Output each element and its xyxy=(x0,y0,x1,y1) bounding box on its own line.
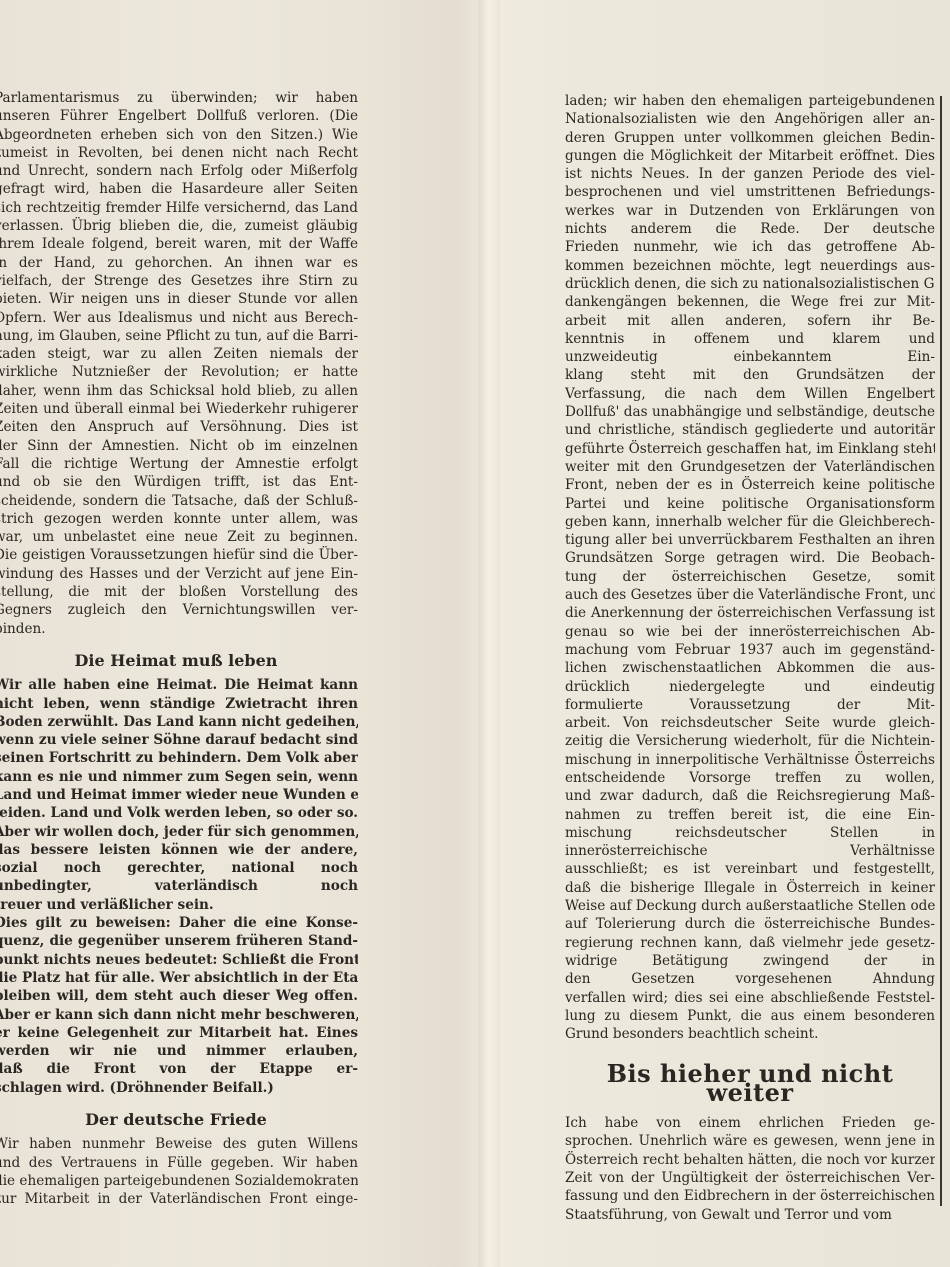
text-line: Wir alle haben eine Heimat. Die Heimat k… xyxy=(0,676,358,694)
text-line: Grundsätzen Sorge getragen wird. Die Beo… xyxy=(565,549,935,567)
text-line: Dies gilt zu beweisen: Daher die eine Ko… xyxy=(0,914,358,932)
text-line: Frieden nunmehr, wie ich das getroffene … xyxy=(565,238,935,256)
text-line: formulierte Voraussetzung der Mit- xyxy=(565,696,935,714)
text-line: Partei und keine politische Organisation… xyxy=(565,495,935,513)
text-line: leiden. Land und Volk werden leben, so o… xyxy=(0,804,358,822)
text-line: und christliche, ständisch gegliederte u… xyxy=(565,421,935,439)
text-line: laden; wir haben den ehemaligen parteige… xyxy=(565,92,935,110)
text-line: Österreich recht behalten hätten, die no… xyxy=(565,1151,935,1169)
text-line: kaden steigt, war zu allen Zeiten niemal… xyxy=(0,345,358,363)
text-line: Parlamentarismus zu überwinden; wir habe… xyxy=(0,89,358,107)
text-line: stellung, die mit der bloßen Vorstellung… xyxy=(0,583,358,601)
text-line: geben kann, innerhalb welcher für die Gl… xyxy=(565,513,935,531)
text-line: gefragt wird, haben die Hasardeure aller… xyxy=(0,180,358,198)
text-line: Zeiten den Anspruch auf Versöhnung. Dies… xyxy=(0,418,358,436)
text-line: und zwar dadurch, daß die Reichsregierun… xyxy=(565,787,935,805)
text-line: nung, im Glauben, seine Pflicht zu tun, … xyxy=(0,327,358,345)
text-line: strich gezogen werden konnte unter allem… xyxy=(0,510,358,528)
text-line: sprochen. Unehrlich wäre es gewesen, wen… xyxy=(565,1132,935,1150)
paragraph: Wir haben nunmehr Beweise des guten Will… xyxy=(0,1135,358,1208)
text-line: unseren Führer Engelbert Dollfuß verlore… xyxy=(0,107,358,125)
text-line: zumeist in Revolten, bei denen nicht nac… xyxy=(0,144,358,162)
text-line: die Anerkennung der österreichischen Ver… xyxy=(565,604,935,622)
text-line: lichen zwischenstaatlichen Abkommen die … xyxy=(565,659,935,677)
text-line: nicht leben, wenn ständige Zwietracht ih… xyxy=(0,695,358,713)
text-line: Ich habe von einem ehrlichen Frieden ge- xyxy=(565,1114,935,1132)
text-line: treuer und verläßlicher sein. xyxy=(0,896,358,914)
paragraph: Parlamentarismus zu überwinden; wir habe… xyxy=(0,89,358,638)
text-line: Zeit von der Ungültigkeit der österreich… xyxy=(565,1169,935,1187)
text-line: gungen die Möglichkeit der Mitarbeit erö… xyxy=(565,147,935,165)
text-line: auch des Gesetzes über die Vaterländisch… xyxy=(565,586,935,604)
text-line: Land und Heimat immer wieder neue Wunden… xyxy=(0,786,358,804)
text-line: lung zu diesem Punkt, die aus einem beso… xyxy=(565,1007,935,1025)
text-line: besprochenen und viel umstrittenen Befri… xyxy=(565,183,935,201)
text-line: auf Tolerierung durch die österreichisch… xyxy=(565,915,935,933)
text-line: kann es nie und nimmer zum Segen sein, w… xyxy=(0,768,358,786)
text-line: bieten. Wir neigen uns in dieser Stunde … xyxy=(0,290,358,308)
text-line: mischung in innerpolitische Verhältnisse… xyxy=(565,751,935,769)
text-line: Nationalsozialisten wie den Angehörigen … xyxy=(565,110,935,128)
text-line: weiter mit den Grundgesetzen der Vaterlä… xyxy=(565,458,935,476)
text-line: schlagen wird. (Dröhnender Beifall.) xyxy=(0,1079,358,1097)
section-heading: Bis hieher und nicht weiter xyxy=(565,1065,935,1102)
text-line: Zeiten und überall einmal bei Wiederkehr… xyxy=(0,400,358,418)
text-line: binden. xyxy=(0,620,358,638)
text-line: die Platz hat für alle. Wer absichtlich … xyxy=(0,969,358,987)
text-line: windung des Hasses und der Verzicht auf … xyxy=(0,565,358,583)
text-line: kenntnis in offenem und klarem und xyxy=(565,330,935,348)
text-line: tigung aller bei unverrückbarem Festhalt… xyxy=(565,531,935,549)
text-line: unzweideutig einbekanntem Ein- xyxy=(565,348,935,366)
text-line: in der Hand, zu gehorchen. An ihnen war … xyxy=(0,254,358,272)
text-line: zeitig die Versicherung wiederholt, für … xyxy=(565,732,935,750)
left-column: Parlamentarismus zu überwinden; wir habe… xyxy=(0,89,358,1209)
text-line: unbedingter, vaterländisch noch xyxy=(0,877,358,895)
text-line: drücklich niedergelegte und eindeutig xyxy=(565,678,935,696)
text-line: dankengängen bekennen, die Wege frei zur… xyxy=(565,293,935,311)
text-line: war, um unbelastet eine neue Zeit zu beg… xyxy=(0,528,358,546)
text-line: ausschließt; es ist vereinbart und festg… xyxy=(565,860,935,878)
text-line: fassung und den Eidbrechern in der öster… xyxy=(565,1187,935,1205)
text-line: nahmen zu treffen bereit ist, die eine E… xyxy=(565,806,935,824)
text-line: Dollfuß' das unabhängige und selbständig… xyxy=(565,403,935,421)
page-fold xyxy=(478,0,500,1267)
text-line: und des Vertrauens in Fülle gegeben. Wir… xyxy=(0,1154,358,1172)
paragraph: laden; wir haben den ehemaligen parteige… xyxy=(565,92,935,1043)
text-line: den Gesetzen vorgesehenen Ahndung xyxy=(565,970,935,988)
text-line: daß die bisherige Illegale in Österreich… xyxy=(565,879,935,897)
text-line: und Unrecht, sondern nach Erfolg oder Mi… xyxy=(0,162,358,180)
text-line: er keine Gelegenheit zur Mitarbeit hat. … xyxy=(0,1024,358,1042)
text-line: kommen bezeichnen möchte, legt neuerding… xyxy=(565,257,935,275)
text-line: wenn zu viele seiner Söhne darauf bedach… xyxy=(0,731,358,749)
paragraph: Wir alle haben eine Heimat. Die Heimat k… xyxy=(0,676,358,914)
text-line: wirkliche Nutznießer der Revolution; er … xyxy=(0,363,358,381)
text-line: zur Mitarbeit in der Vaterländischen Fro… xyxy=(0,1190,358,1208)
text-line: werkes war in Dutzenden von Erklärungen … xyxy=(565,202,935,220)
text-line: Staatsführung, von Gewalt und Terror und… xyxy=(565,1206,935,1224)
text-line: daher, wenn ihm das Schicksal hold blieb… xyxy=(0,382,358,400)
text-line: Gegners zugleich den Vernichtungswillen … xyxy=(0,601,358,619)
text-line: Aber wir wollen doch, jeder für sich gen… xyxy=(0,823,358,841)
text-line: tung der österreichischen Gesetze, somit xyxy=(565,568,935,586)
text-line: arbeit. Von reichsdeutscher Seite wurde … xyxy=(565,714,935,732)
text-line: sozial noch gerechter, national noch xyxy=(0,859,358,877)
text-line: werden wir nie und nimmer erlauben, xyxy=(0,1042,358,1060)
column-rule xyxy=(940,96,942,1206)
text-line: Wir haben nunmehr Beweise des guten Will… xyxy=(0,1135,358,1153)
text-line: Front, neben der es in Österreich keine … xyxy=(565,476,935,494)
text-line: Aber er kann sich dann nicht mehr beschw… xyxy=(0,1006,358,1024)
text-line: ihrem Ideale folgend, bereit waren, mit … xyxy=(0,235,358,253)
text-line: Grund besonders beachtlich scheint. xyxy=(565,1025,935,1043)
text-line: mischung reichsdeutscher Stellen in xyxy=(565,824,935,842)
paragraph: Ich habe von einem ehrlichen Frieden ge-… xyxy=(565,1114,935,1224)
text-line: ist nichts Neues. In der ganzen Periode … xyxy=(565,165,935,183)
text-line: Weise auf Deckung durch außerstaatliche … xyxy=(565,897,935,915)
text-line: der Sinn der Amnestien. Nicht ob im einz… xyxy=(0,437,358,455)
text-line: nichts anderem die Rede. Der deutsche xyxy=(565,220,935,238)
text-line: Verfassung, die nach dem Willen Engelber… xyxy=(565,385,935,403)
text-line: seinen Fortschritt zu behindern. Dem Vol… xyxy=(0,749,358,767)
section-heading: Der deutsche Friede xyxy=(0,1111,358,1129)
text-line: regierung rechnen kann, daß vielmehr jed… xyxy=(565,934,935,952)
text-line: Opfern. Wer aus Idealismus und nicht aus… xyxy=(0,309,358,327)
text-line: klang steht mit den Grundsätzen der xyxy=(565,366,935,384)
text-line: quenz, die gegenüber unserem früheren St… xyxy=(0,932,358,950)
text-line: innerösterreichische Verhältnisse xyxy=(565,842,935,860)
text-line: die ehemaligen parteigebundenen Sozialde… xyxy=(0,1172,358,1190)
text-line: bleiben will, dem steht auch dieser Weg … xyxy=(0,987,358,1005)
text-line: geführte Österreich geschaffen hat, im E… xyxy=(565,440,935,458)
text-line: und ob sie den Würdigen trifft, ist das … xyxy=(0,473,358,491)
text-line: Fall die richtige Wertung der Amnestie e… xyxy=(0,455,358,473)
text-line: genau so wie bei der innerösterreichisch… xyxy=(565,623,935,641)
text-line: deren Gruppen unter vollkommen gleichen … xyxy=(565,129,935,147)
text-line: verlassen. Übrig blieben die, die, zumei… xyxy=(0,217,358,235)
section-heading: Die Heimat muß leben xyxy=(0,652,358,670)
text-line: Die geistigen Voraussetzungen hiefür sin… xyxy=(0,546,358,564)
text-line: widrige Betätigung zwingend der in xyxy=(565,952,935,970)
text-line: machung vom Februar 1937 auch im gegenst… xyxy=(565,641,935,659)
text-line: punkt nichts neues bedeutet: Schließt di… xyxy=(0,951,358,969)
text-line: arbeit mit allen anderen, sofern ihr Be- xyxy=(565,312,935,330)
text-line: sich rechtzeitig fremder Hilfe versicher… xyxy=(0,199,358,217)
text-line: entscheidende Vorsorge treffen zu wollen… xyxy=(565,769,935,787)
right-column: laden; wir haben den ehemaligen parteige… xyxy=(565,92,935,1224)
text-line: vielfach, der Strenge des Gesetzes ihre … xyxy=(0,272,358,290)
text-line: daß die Front von der Etappe er- xyxy=(0,1060,358,1078)
text-line: Boden zerwühlt. Das Land kann nicht gede… xyxy=(0,713,358,731)
paragraph: Dies gilt zu beweisen: Daher die eine Ko… xyxy=(0,914,358,1097)
text-line: drücklich denen, die sich zu nationalsoz… xyxy=(565,275,935,293)
text-line: das bessere leisten können wie der ander… xyxy=(0,841,358,859)
text-line: Abgeordneten erheben sich von den Sitzen… xyxy=(0,126,358,144)
text-line: verfallen wird; dies sei eine abschließe… xyxy=(565,989,935,1007)
text-line: scheidende, sondern die Tatsache, daß de… xyxy=(0,492,358,510)
